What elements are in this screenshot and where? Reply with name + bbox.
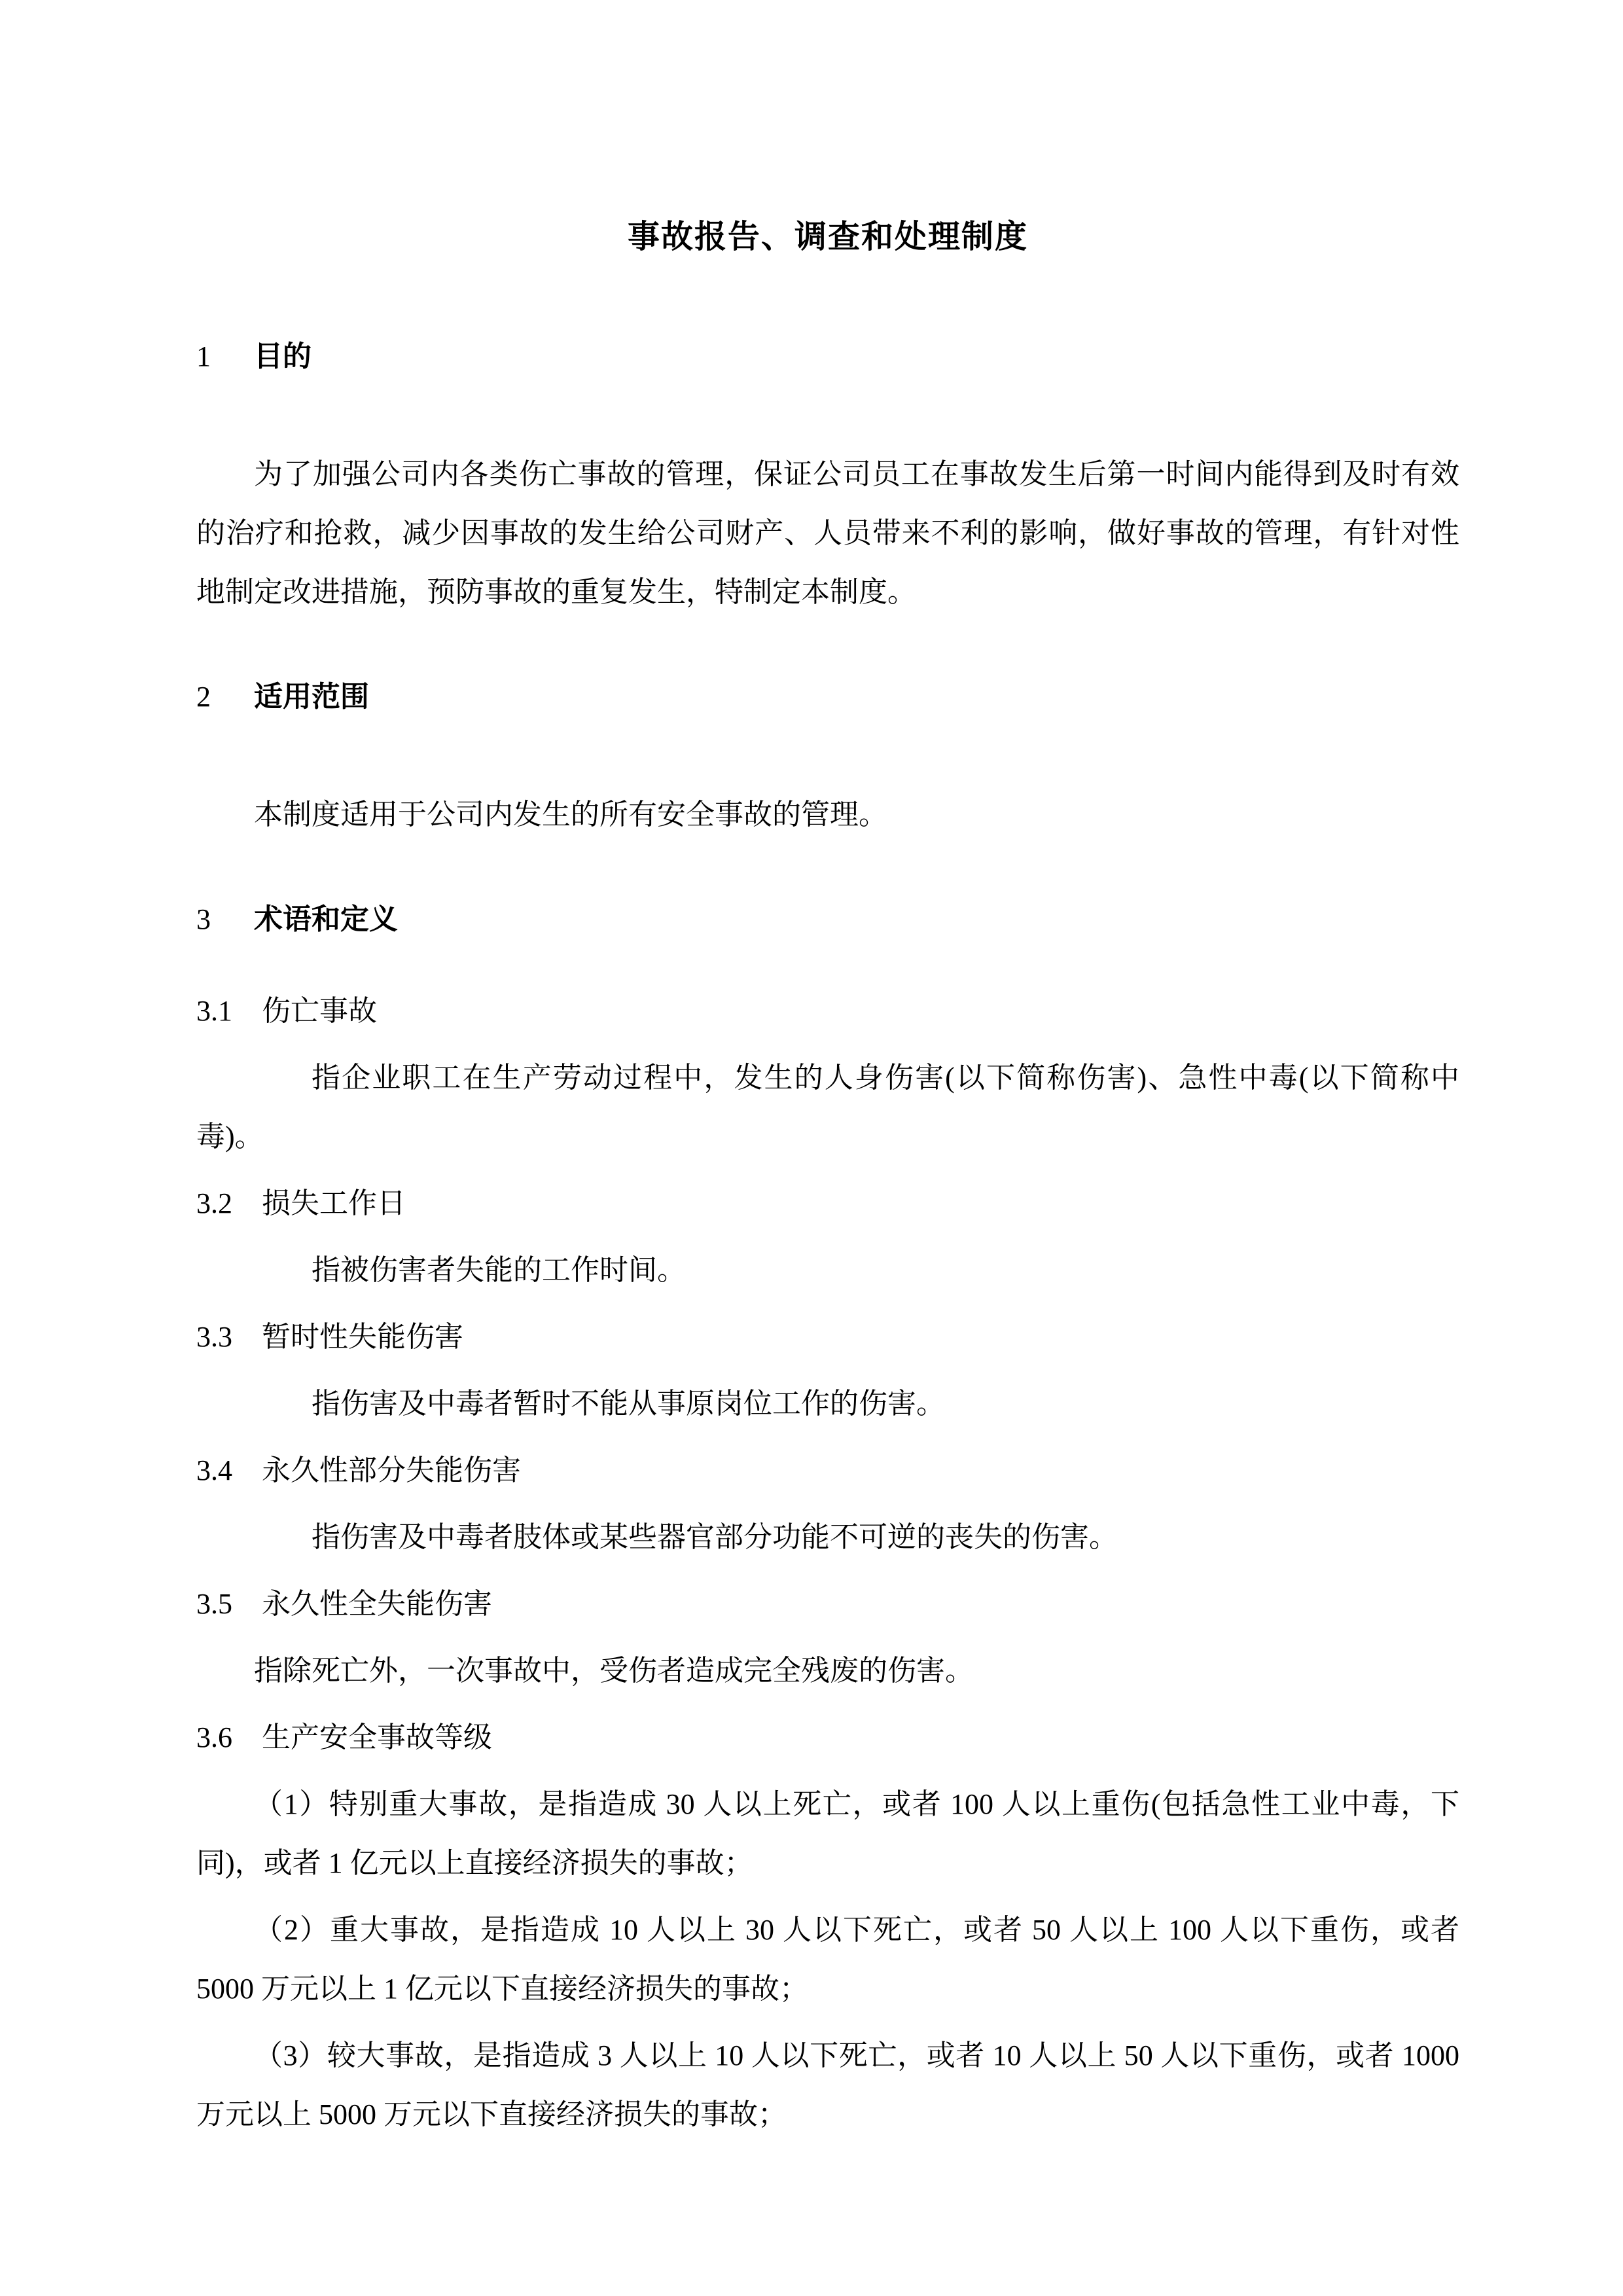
accident-grade-item-2: （2）重大事故，是指造成 10 人以上 30 人以下死亡，或者 50 人以上 1… xyxy=(196,1901,1459,2018)
subsection-3-3-heading: 3.3暂时性失能伤害 xyxy=(196,1308,1459,1367)
subsection-3-3-title: 暂时性失能伤害 xyxy=(262,1321,463,1353)
section-2-paragraph: 本制度适用于公司内发生的所有安全事故的管理。 xyxy=(196,785,1459,844)
subsection-3-2-heading: 3.2损失工作日 xyxy=(196,1174,1459,1233)
accident-grade-item-1: （1）特别重大事故，是指造成 30 人以上死亡，或者 100 人以上重伤(包括急… xyxy=(196,1775,1459,1893)
section-2-title: 适用范围 xyxy=(254,681,369,713)
subsection-3-4-definition: 指伤害及中毒者肢体或某些器官部分功能不可逆的丧失的伤害。 xyxy=(196,1508,1459,1567)
section-1-title: 目的 xyxy=(254,340,312,372)
subsection-3-3-definition: 指伤害及中毒者暂时不能从事原岗位工作的伤害。 xyxy=(196,1374,1459,1433)
document-page: 事故报告、调查和处理制度 1目的 为了加强公司内各类伤亡事故的管理，保证公司员工… xyxy=(0,0,1623,2296)
subsection-3-4-heading: 3.4永久性部分失能伤害 xyxy=(196,1441,1459,1500)
document-title: 事故报告、调查和处理制度 xyxy=(196,203,1459,272)
subsection-3-6-heading: 3.6生产安全事故等级 xyxy=(196,1708,1459,1767)
subsection-3-3-number: 3.3 xyxy=(196,1308,232,1367)
subsection-3-5-heading: 3.5永久性全失能伤害 xyxy=(196,1575,1459,1634)
section-2-number: 2 xyxy=(196,668,216,726)
subsection-3-1-heading: 3.1伤亡事故 xyxy=(196,982,1459,1041)
subsection-3-2-definition: 指被伤害者失能的工作时间。 xyxy=(196,1241,1459,1300)
subsection-3-2-number: 3.2 xyxy=(196,1174,232,1233)
section-3-heading: 3术语和定义 xyxy=(196,890,1459,949)
section-3-number: 3 xyxy=(196,890,216,949)
subsection-3-1-definition: 指企业职工在生产劳动过程中，发生的人身伤害(以下简称伤害)、急性中毒(以下简称中… xyxy=(196,1049,1459,1166)
accident-grade-item-3: （3）较大事故，是指造成 3 人以上 10 人以下死亡，或者 10 人以上 50… xyxy=(196,2026,1459,2144)
subsection-3-5-definition: 指除死亡外，一次事故中，受伤者造成完全残废的伤害。 xyxy=(196,1641,1459,1700)
subsection-3-1-number: 3.1 xyxy=(196,982,232,1041)
section-1-paragraph: 为了加强公司内各类伤亡事故的管理，保证公司员工在事故发生后第一时间内能得到及时有… xyxy=(196,445,1459,622)
subsection-3-4-number: 3.4 xyxy=(196,1441,232,1500)
subsection-3-5-number: 3.5 xyxy=(196,1575,232,1634)
subsection-3-6-title: 生产安全事故等级 xyxy=(262,1721,492,1753)
section-2-heading: 2适用范围 xyxy=(196,668,1459,726)
subsection-3-4-title: 永久性部分失能伤害 xyxy=(262,1454,521,1486)
subsection-3-2-title: 损失工作日 xyxy=(262,1187,406,1219)
subsection-3-6-number: 3.6 xyxy=(196,1708,232,1767)
section-1-heading: 1目的 xyxy=(196,327,1459,386)
subsection-3-5-title: 永久性全失能伤害 xyxy=(262,1588,492,1620)
subsection-3-1-title: 伤亡事故 xyxy=(262,995,377,1027)
section-3-title: 术语和定义 xyxy=(254,903,398,935)
section-1-number: 1 xyxy=(196,327,216,386)
